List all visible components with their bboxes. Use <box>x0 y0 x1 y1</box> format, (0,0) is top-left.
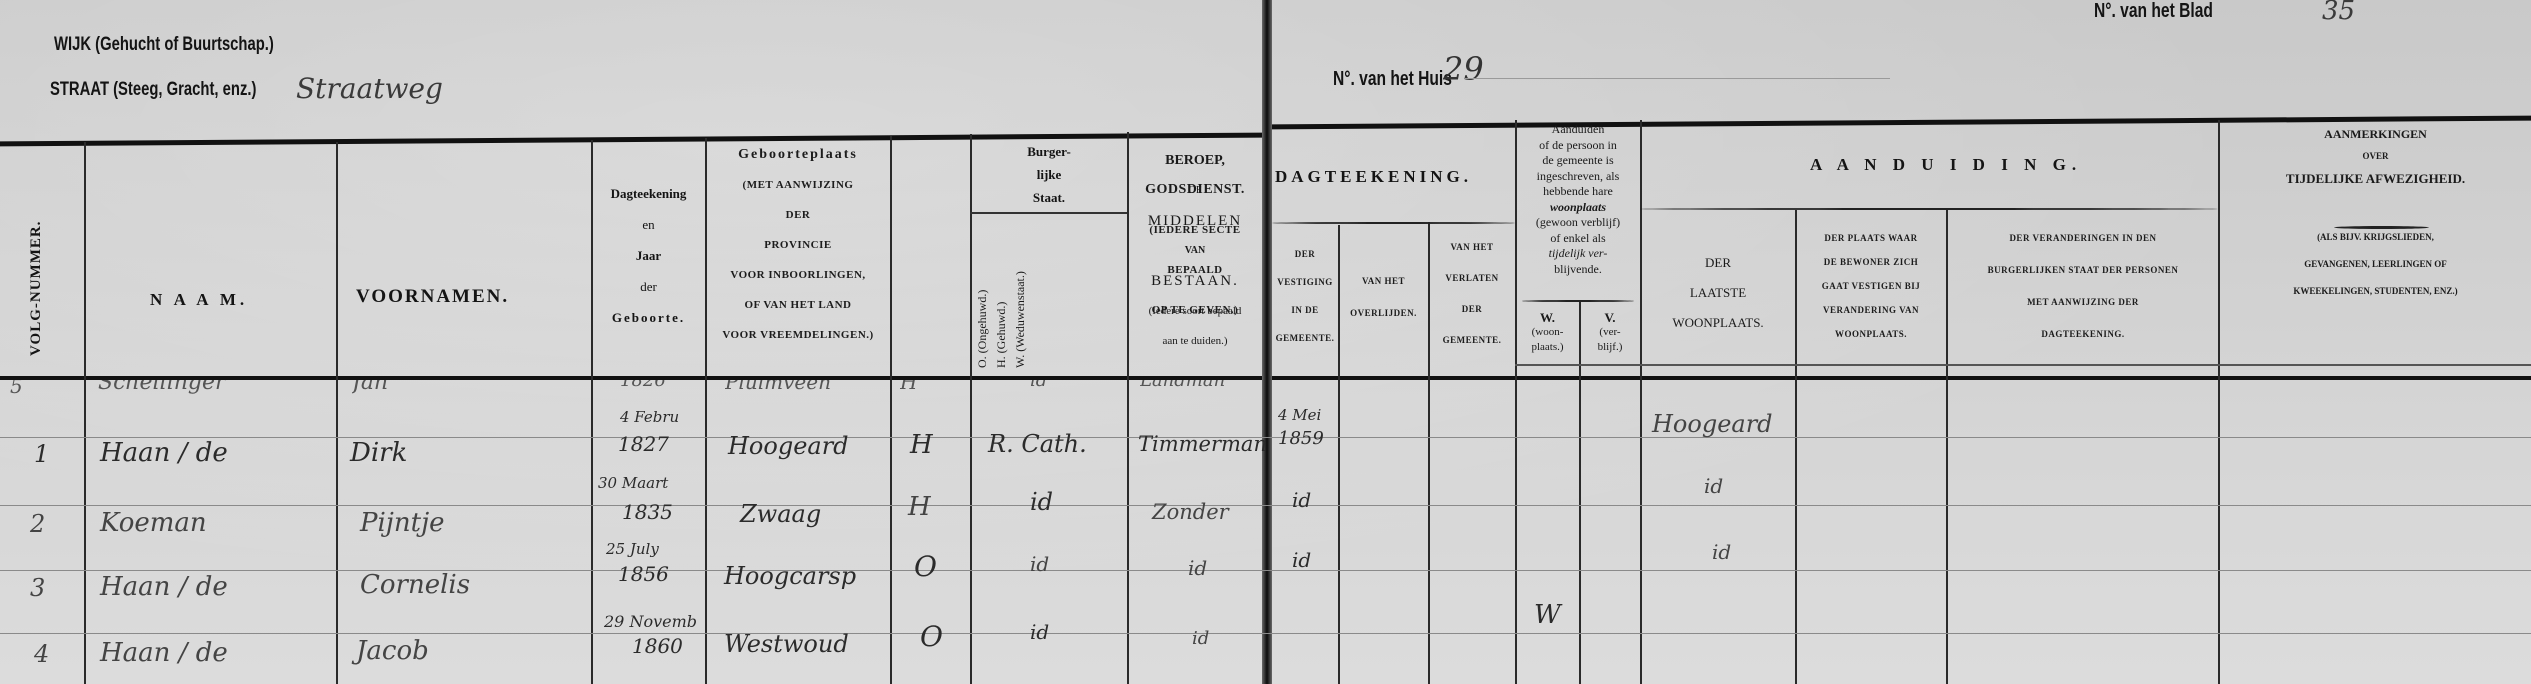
header-line: tijdelijk ver- <box>1516 246 1640 262</box>
header-line: VAN <box>1128 236 1262 266</box>
row-geboorte-dag: 29 Novemb <box>604 612 697 631</box>
header-aanduiden: Aanduiden of de persoon in de gemeente i… <box>1516 122 1640 277</box>
dagteekening-brace <box>1272 222 1515 224</box>
header-line: (MET AANWIJZING <box>706 170 890 200</box>
ongehuwd-label: O. (Ongehuwd.) <box>975 218 990 368</box>
row-geboorte-dag: 25 July <box>606 540 659 558</box>
row-voornamen: Pijntje <box>360 508 445 538</box>
header-line: (Iedere soort bepaald <box>1128 296 1262 326</box>
prev-row-voornamen: Jan <box>352 370 388 395</box>
col-line <box>336 142 338 684</box>
header-line: Jaar <box>592 240 705 271</box>
header-w: W. (woon- plaats.) <box>1516 310 1579 355</box>
register-page: WIJK (Gehucht of Buurtschap.) STRAAT (St… <box>0 0 2531 684</box>
burgerlijke-sub-rule <box>970 212 1127 214</box>
prev-row-beroep: Landman <box>1140 370 1225 391</box>
header-line: OVERLIJDEN. <box>1339 297 1428 329</box>
header-line: MIDDELEN <box>1128 206 1262 236</box>
row-staat: H <box>908 492 931 522</box>
row-geboorte-jaar: 1835 <box>622 500 673 524</box>
header-line: GEMEENTE. <box>1429 325 1515 356</box>
header-line: Geboorte. <box>592 302 705 333</box>
row-naam: Haan / de <box>100 572 228 602</box>
huis-label: N°. van het Huis <box>1333 68 1452 91</box>
header-double-rule <box>1515 364 2531 366</box>
header-v: V. (ver- blijf.) <box>1580 310 1640 355</box>
header-line: blijvende. <box>1516 262 1640 278</box>
header-line: VERLATEN <box>1429 263 1515 294</box>
row-naam: Koeman <box>100 508 207 538</box>
header-line: DAGTEEKENING. <box>1948 318 2218 350</box>
header-line: of de persoon in <box>1516 138 1640 154</box>
straat-label: STRAAT (Steeg, Gracht, enz.) <box>50 79 256 101</box>
header-aanduiding: A A N D U I D I N G. <box>1810 155 2082 175</box>
row-num: 2 <box>30 510 45 538</box>
header-line: BEROEP, <box>1128 146 1262 176</box>
header-line: Staat. <box>971 186 1127 209</box>
header-line: (gewoon verblijf) <box>1516 215 1640 231</box>
row-godsdienst: id <box>1030 488 1053 516</box>
row-rule <box>0 505 2531 506</box>
row-voornamen: Cornelis <box>360 570 470 600</box>
header-line: woonplaats <box>1516 200 1640 216</box>
row-vestiging-dag: id <box>1292 488 1311 512</box>
header-line: of enkel als <box>1516 231 1640 247</box>
header-line: BURGERLIJKEN STAAT DER PERSONEN <box>1948 254 2218 286</box>
header-overlijden: VAN HET OVERLIJDEN. <box>1339 265 1428 329</box>
row-laatste-woonplaats: Hoogeard <box>1652 410 1773 438</box>
header-line: V. <box>1580 310 1640 325</box>
header-line: DER VERANDERINGEN IN DEN <box>1948 222 2218 254</box>
row-laatste-woonplaats: id <box>1704 474 1723 498</box>
row-num: 1 <box>34 440 49 468</box>
header-line: OVER <box>2220 146 2531 166</box>
wijk-label: WIJK (Gehucht of Buurtschap.) <box>54 34 274 56</box>
header-line: GEVANGENEN, LEERLINGEN OF <box>2220 251 2531 278</box>
header-laatste-woonplaats: DER LAATSTE WOONPLAATS. <box>1641 248 1795 338</box>
col-line <box>1640 120 1642 684</box>
header-line: PROVINCIE <box>706 230 890 260</box>
row-laatste-woonplaats: id <box>1712 540 1731 564</box>
header-vestiging: DER VESTIGING IN DE GEMEENTE. <box>1272 240 1338 352</box>
row-geboorte-dag: 30 Maart <box>598 474 668 492</box>
header-line: (woon- <box>1516 325 1579 340</box>
row-vestiging-jaar: 1859 <box>1278 428 1324 449</box>
row-beroep: id <box>1192 628 1209 649</box>
header-line: (ALS BIJV. KRIJGSLIEDEN, <box>2220 224 2531 251</box>
col-line <box>890 136 892 684</box>
burgerlijke-sub-labels: O. (Ongehuwd.) H. (Gehuwd.) W. (Weduwens… <box>975 218 1028 368</box>
gehuwd-label: H. (Gehuwd.) <box>994 218 1009 368</box>
header-line: hebbende hare <box>1516 184 1640 200</box>
header-line: DER <box>706 200 890 230</box>
header-line: TIJDELIJKE AFWEZIGHEID. <box>2220 166 2531 192</box>
row-geboorteplaats: Hoogeard <box>728 432 849 460</box>
row-geboorte-dag: 4 Febru <box>620 408 679 426</box>
header-line: LAATSTE <box>1641 278 1795 308</box>
header-line: VOOR VREEMDELINGEN.) <box>706 320 890 350</box>
header-plaats-waar: DER PLAATS WAAR DE BEWONER ZICH GAAT VES… <box>1796 226 1946 346</box>
header-line: MET AANWIJZING DER <box>1948 286 2218 318</box>
header-line: VAN HET <box>1339 265 1428 297</box>
header-verlaten: VAN HET VERLATEN DER GEMEENTE. <box>1429 232 1515 356</box>
prev-row-geboorteplaats: Pluimveen <box>725 370 831 394</box>
book-spine <box>1262 0 1272 684</box>
row-geboorteplaats: Zwaag <box>740 500 821 528</box>
row-voornamen: Dirk <box>350 438 407 468</box>
prev-row-naam: Schellinger <box>98 370 225 395</box>
header-line: AANMERKINGEN <box>2220 122 2531 146</box>
header-line: KWEEKELINGEN, STUDENTEN, ENZ.) <box>2220 278 2531 305</box>
row-staat: H <box>910 430 933 460</box>
header-line: VOOR INBOORLINGEN, <box>706 260 890 290</box>
header-line: DER <box>1272 240 1338 268</box>
header-line: WOONPLAATS. <box>1796 322 1946 346</box>
row-geboorte-jaar: 1860 <box>632 634 683 658</box>
prev-row-staat: H <box>900 370 917 394</box>
header-geboorteplaats: Geboorteplaats (MET AANWIJZING DER PROVI… <box>706 140 890 350</box>
col-line <box>1579 300 1581 684</box>
header-line: plaats.) <box>1516 340 1579 355</box>
header-line: en <box>592 209 705 240</box>
header-veranderingen: DER VERANDERINGEN IN DEN BURGERLIJKEN ST… <box>1948 222 2218 350</box>
row-rule <box>0 633 2531 634</box>
header-line: WOONPLAATS. <box>1641 308 1795 338</box>
header-line: DER <box>1641 248 1795 278</box>
header-line: VESTIGING <box>1272 268 1338 296</box>
header-line: der <box>592 271 705 302</box>
header-line: DER <box>1429 294 1515 325</box>
header-line: ingeschreven, als <box>1516 169 1640 185</box>
prev-row-godsdienst: id <box>1030 370 1047 391</box>
row-staat: O <box>914 550 937 583</box>
header-line: Burger- <box>971 140 1127 163</box>
row-geboorteplaats: Westwoud <box>724 630 849 658</box>
header-line: (ver- <box>1580 325 1640 340</box>
row-godsdienst: id <box>1030 552 1049 576</box>
row-num: 3 <box>30 574 45 602</box>
header-voornamen: VOORNAMEN. <box>356 286 509 308</box>
row-num: 4 <box>34 640 49 668</box>
header-line: VERANDERING VAN <box>1796 298 1946 322</box>
row-w-mark: W <box>1534 600 1561 630</box>
blad-value: 35 <box>2322 0 2355 26</box>
header-line: GAAT VESTIGEN BIJ <box>1796 274 1946 298</box>
header-line: DER PLAATS WAAR <box>1796 226 1946 250</box>
row-voornamen: Jacob <box>356 636 429 666</box>
header-line: blijf.) <box>1580 340 1640 355</box>
header-line: OF <box>1128 176 1262 206</box>
header-line: Dagteekening <box>592 178 705 209</box>
header-line: de gemeente is <box>1516 153 1640 169</box>
header-line: GEMEENTE. <box>1272 324 1338 352</box>
header-line: IN DE <box>1272 296 1338 324</box>
header-volgnummer: VOLG-NUMMER. <box>28 186 45 356</box>
prev-row-datum: 1826 <box>620 370 666 391</box>
header-line: lijke <box>971 163 1127 186</box>
header-dagteekening: DAGTEEKENING. <box>1275 167 1472 187</box>
header-line: BESTAAN. <box>1128 266 1262 296</box>
header-line: Aanduiden <box>1516 122 1640 138</box>
huis-value: 29 <box>1443 50 1484 88</box>
row-geboorte-jaar: 1827 <box>618 432 669 456</box>
header-line: DE BEWONER ZICH <box>1796 250 1946 274</box>
aanduiding-brace <box>1640 208 2218 210</box>
wv-brace <box>1522 300 1634 302</box>
header-line: OF VAN HET LAND <box>706 290 890 320</box>
header-burgerlijke-staat: Burger- lijke Staat. <box>971 140 1127 209</box>
row-beroep: Zonder <box>1152 500 1229 524</box>
row-vestiging-dag: id <box>1292 548 1311 572</box>
huis-underline <box>1465 78 1890 79</box>
row-geboorte-jaar: 1856 <box>618 562 669 586</box>
straat-value: Straatweg <box>296 72 443 105</box>
header-line: aan te duiden.) <box>1128 326 1262 356</box>
row-staat: O <box>920 620 943 653</box>
blad-label: N°. van het Blad <box>2094 0 2213 23</box>
row-naam: Haan / de <box>100 638 228 668</box>
header-line: Geboorteplaats <box>706 140 890 170</box>
col-line <box>84 142 86 684</box>
header-naam: N A A M. <box>150 290 248 310</box>
row-geboorteplaats: Hoogcarsp <box>724 562 856 590</box>
col-line <box>970 134 972 684</box>
weduwenstaat-label: W. (Weduwenstaat.) <box>1013 218 1028 368</box>
row-godsdienst: R. Cath. <box>988 430 1087 458</box>
row-beroep: Timmerman <box>1138 432 1267 456</box>
row-vestiging-dag: 4 Mei <box>1278 406 1321 424</box>
header-line: VAN HET <box>1429 232 1515 263</box>
row-beroep: id <box>1188 556 1207 580</box>
row-godsdienst: id <box>1030 620 1049 644</box>
header-dagteekening-geboorte: Dagteekening en Jaar der Geboorte. <box>592 178 705 333</box>
header-aanmerkingen: AANMERKINGEN OVER TIJDELIJKE AFWEZIGHEID… <box>2220 122 2531 305</box>
header-line: W. <box>1516 310 1579 325</box>
row-naam: Haan / de <box>100 438 228 468</box>
header-beroep: BEROEP, OF MIDDELEN VAN BESTAAN. (Iedere… <box>1128 146 1262 356</box>
